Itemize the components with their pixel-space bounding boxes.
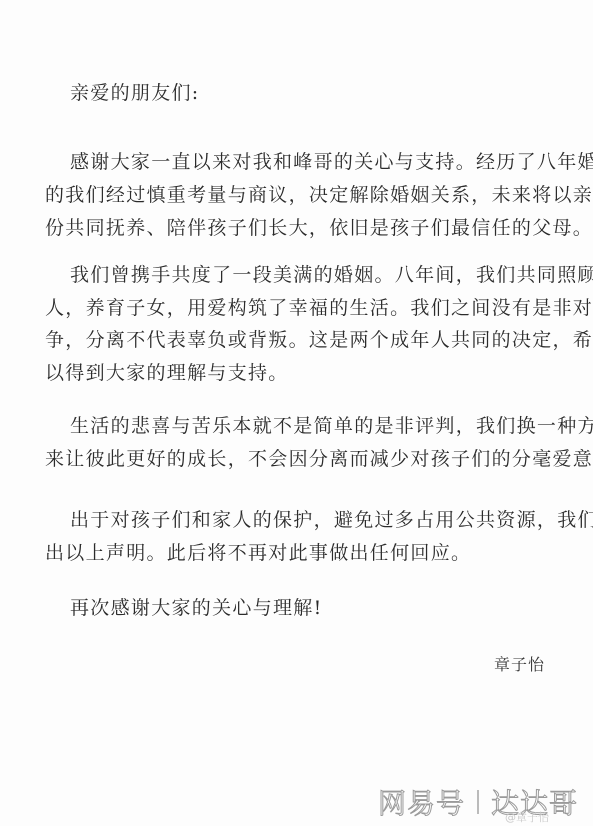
paragraph-2-line-2: 人，养育子女，用爱构筑了幸福的生活。我们之间没有是非对错之 (45, 296, 593, 320)
paragraph-4-line-1: 出于对孩子们和家人的保护，避免过多占用公共资源，我们做 (70, 508, 593, 532)
watermark-separator (477, 790, 479, 814)
paragraph-1-line-3: 份共同抚养、陪伴孩子们长大，依旧是孩子们最信任的父母。 (45, 216, 593, 240)
paragraph-3-line-2: 来让彼此更好的成长，不会因分离而减少对孩子们的分毫爱意。 (45, 447, 593, 471)
paragraph-2-line-3: 争，分离不代表辜负或背叛。这是两个成年人共同的决定，希望可 (45, 328, 593, 352)
paragraph-1-line-2: 的我们经过慎重考量与商议，决定解除婚姻关系，未来将以亲人身 (45, 183, 593, 207)
paragraph-1-line-1: 感谢大家一直以来对我和峰哥的关心与支持。经历了八年婚姻 (70, 150, 593, 174)
watermark-platform: 网易号 (378, 782, 465, 822)
letter-page: 亲爱的朋友们: 感谢大家一直以来对我和峰哥的关心与支持。经历了八年婚姻 的我们经… (0, 0, 593, 826)
weibo-watermark: @章子怡 (505, 809, 549, 825)
paragraph-2-line-1: 我们曾携手共度了一段美满的婚姻。八年间，我们共同照顾家 (70, 263, 593, 287)
paragraph-4-line-2: 出以上声明。此后将不再对此事做出任何回应。 (45, 541, 471, 565)
paragraph-3-line-1: 生活的悲喜与苦乐本就不是简单的是非评判，我们换一种方式 (70, 414, 593, 438)
signature: 章子怡 (494, 652, 545, 675)
closing-line: 再次感谢大家的关心与理解! (70, 596, 323, 620)
paragraph-2-line-4: 以得到大家的理解与支持。 (45, 361, 289, 385)
letter-greeting: 亲爱的朋友们: (70, 81, 200, 105)
